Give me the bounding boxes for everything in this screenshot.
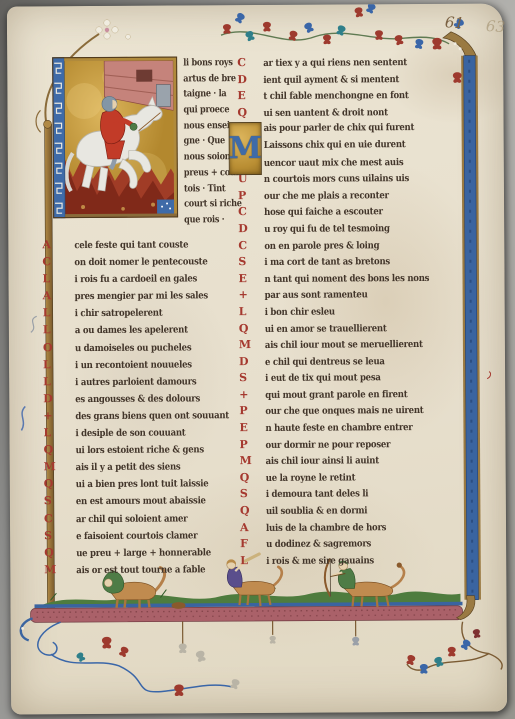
verse-line: + par aus sont ramenteu <box>231 286 463 304</box>
verse-text: pres mengier par mi les sales <box>75 288 208 306</box>
verse-line: Q ui lors estoient riche & gens <box>41 440 241 458</box>
line-initial: L <box>232 553 266 570</box>
verse-line: E n tant qui noment des bons les nons <box>230 269 462 287</box>
verse-line: L i autres parloient damours <box>41 372 241 390</box>
verse-text: e chil qui dentreus se leua <box>265 354 385 371</box>
verse-line: Q ui a bien pres lont tuit laissie <box>42 474 242 492</box>
verse-line: C on en parole pres & loing <box>230 236 462 254</box>
line-initial: A <box>40 236 66 253</box>
line-initial: S <box>42 493 68 510</box>
verse-line: A luis de la chambre de hors <box>232 518 464 536</box>
line-initial: F <box>232 536 266 553</box>
verse-text: ue preu + large + honnerable <box>76 544 211 562</box>
line-initial: + <box>231 387 265 404</box>
bottom-border-bar <box>21 586 476 641</box>
line-initial: D <box>229 72 263 89</box>
verse-line: ais pour parler de chix qui furent <box>230 120 462 138</box>
verse-line: M ais il y a petit des siens <box>42 457 242 475</box>
verse-text: on doit nomer le pentecouste <box>74 253 207 271</box>
verse-line: S i ma cort de tant as bretons <box>230 253 462 271</box>
right-text-column: C ar tiex y a qui riens nen sentent D ie… <box>229 54 464 570</box>
verse-line: D es angousses & des dolours <box>41 389 241 407</box>
line-initial: S <box>230 254 264 271</box>
verse-text: ui lors estoient riche & gens <box>76 441 204 459</box>
ivy-drops <box>179 620 360 653</box>
line-initial: L <box>231 304 265 321</box>
line-initial: S <box>42 527 68 544</box>
line-initial: L <box>41 305 67 322</box>
verse-text: u damoiseles ou pucheles <box>75 339 192 357</box>
verse-line: L i chir satropelerent <box>41 303 241 321</box>
verse-text: n tant qui noment des bons les nons <box>264 271 429 289</box>
verse-text: artus de bre <box>183 71 236 87</box>
verse-line: C hose qui faiche a escouter <box>230 203 462 221</box>
line-initial: Q <box>231 320 265 337</box>
verse-text: on en parole pres & loing <box>264 238 379 255</box>
line-initial: L <box>41 322 67 339</box>
line-initial: C <box>230 237 264 254</box>
line-initial: E <box>229 88 263 105</box>
verse-text: luis de la chambre de hors <box>266 520 386 537</box>
verse-line: U n courtois mors cuns uilains uis <box>230 170 462 188</box>
margin-flourishes <box>21 316 38 430</box>
verse-text: es angousses & des dolours <box>75 390 200 408</box>
line-initial: Q <box>229 105 263 122</box>
verse-text: uil soublia & en dormi <box>266 503 367 520</box>
line-initial: A <box>232 520 266 537</box>
line-initial: S <box>231 370 265 387</box>
verse-line: L i rois & me sire gauains <box>232 552 464 570</box>
verse-line: C ar chil qui soloient amer <box>42 509 242 527</box>
verse-text: ue la royne le retint <box>266 470 356 487</box>
bottom-right-vine <box>406 622 503 674</box>
verse-text: t chil fable menchongne en font <box>263 88 408 105</box>
verse-line: + des grans biens quen ont souuant <box>41 406 241 424</box>
mounted-knight-miniature <box>52 56 178 218</box>
verse-line: Q ue preu + large + honnerable <box>42 543 242 561</box>
verse-text: Laissons chix qui en uie durent <box>264 137 406 154</box>
line-initial: D <box>230 221 264 238</box>
verse-text: i eut de tix qui mout pesa <box>265 371 381 388</box>
verse-line: + qui mout grant parole en firent <box>231 386 463 404</box>
verse-line: P our che me plais a reconter <box>230 186 462 204</box>
verse-text: i rois & me sire gauains <box>266 553 374 570</box>
verse-text: i bon chir esleu <box>265 304 335 321</box>
bottom-left-vine <box>38 621 241 697</box>
verse-line: P our che que onques mais ne uirent <box>231 402 463 420</box>
verse-text: gne · Que <box>184 134 225 150</box>
line-initial: M <box>232 453 266 470</box>
verse-text: i autres parloient damours <box>75 373 196 391</box>
verse-line: Laissons chix qui en uie durent <box>230 137 462 155</box>
line-initial: A <box>41 287 67 304</box>
verse-text: nous soions <box>184 149 235 165</box>
verse-text: ais pour parler de chix qui furent <box>264 120 415 138</box>
line-initial: P <box>231 437 265 454</box>
verse-text: u dodinez & sagremors <box>266 537 371 554</box>
left-text-column: A cele feste qui tant couste C on doit n… <box>40 235 242 578</box>
verse-text: n haute feste en chambre entrer <box>265 420 412 437</box>
verse-text: taigne · la <box>183 87 226 103</box>
verse-line: Q ui sen uantent & droit nont <box>229 104 461 122</box>
line-initial: Q <box>232 470 266 487</box>
verse-line: S e faisoient courtois clamer <box>42 526 242 544</box>
verse-text: ient quil ayment & si mentent <box>263 72 399 89</box>
line-initial: Q <box>42 544 68 561</box>
verse-text: i desiple de son couuant <box>75 424 185 442</box>
verse-line: M ais or est tout tourne a fable <box>42 560 242 578</box>
line-initial: + <box>41 407 67 424</box>
verse-line: Q uencor uaut mix che mest auis <box>230 153 462 171</box>
line-initial: C <box>42 510 68 527</box>
verse-line: L i un recontoient nouueles <box>41 355 241 373</box>
illuminated-initial: M <box>229 122 262 175</box>
verse-line: P our dormir ne pour reposer <box>231 435 463 453</box>
verse-line: S i eut de tix qui mout pesa <box>231 369 463 387</box>
line-initial: L <box>40 270 66 287</box>
line-initial: D <box>231 354 265 371</box>
line-initial: Q <box>41 441 67 458</box>
verse-line: D ient quil ayment & si mentent <box>229 70 461 88</box>
line-initial: + <box>231 287 265 304</box>
verse-line: Q uil soublia & en dormi <box>232 502 464 520</box>
verse-text: des grans biens quen ont souuant <box>75 407 229 425</box>
line-initial: S <box>232 486 266 503</box>
verse-text: n courtois mors cuns uilains uis <box>264 171 409 188</box>
verse-text: que rois · <box>184 212 224 228</box>
verse-text: e faisoient courtois clamer <box>76 527 197 545</box>
illuminated-initial-letter: M <box>229 133 262 163</box>
verse-text: ui a bien pres lont tuit laissie <box>76 476 209 494</box>
verse-text: ais il y a petit des siens <box>76 459 181 477</box>
manuscript-page: 61 63 li bons roys artus de bre taigne ·… <box>7 3 507 714</box>
folio-number-faint: 63 <box>485 17 505 36</box>
folio-number: 61 <box>444 13 464 32</box>
top-border-vine <box>221 3 449 50</box>
verse-line: L a ou dames les apelerent <box>41 321 241 339</box>
line-initial: L <box>41 356 67 373</box>
verse-line: M ais chil iour ainsi li auint <box>232 452 464 470</box>
verse-line: C ar tiex y a qui riens nen sentent <box>229 54 461 72</box>
verse-line: L i bon chir esleu <box>231 303 463 321</box>
verse-text: i un recontoient nouueles <box>75 356 192 374</box>
verse-text: ar chil qui soloient amer <box>76 510 188 528</box>
verse-text: hose qui faiche a escouter <box>264 205 383 222</box>
verse-text: qui mout grant parole en firent <box>265 387 407 404</box>
verse-line: E n haute feste en chambre entrer <box>231 419 463 437</box>
line-initial: Q <box>42 475 68 492</box>
verse-text: our dormir ne pour reposer <box>265 437 390 454</box>
line-initial: E <box>231 420 265 437</box>
verse-line: L i desiple de son couuant <box>41 423 241 441</box>
verse-line: F u dodinez & sagremors <box>232 535 464 553</box>
verse-line: M ais chil iour mout se meruellierent <box>231 336 463 354</box>
verse-text: a ou dames les apelerent <box>75 322 188 340</box>
line-initial: M <box>42 561 68 578</box>
verse-text: en est amours mout abaissie <box>76 493 206 511</box>
verse-text: li bons roys <box>183 55 233 71</box>
line-initial: P <box>230 188 264 205</box>
line-initial: D <box>41 390 67 407</box>
verse-text: our che me plais a reconter <box>264 188 389 205</box>
verse-text: ar tiex y a qui riens nen sentent <box>263 55 407 72</box>
verse-line: Q ue la royne le retint <box>232 469 464 487</box>
line-initial: M <box>42 458 68 475</box>
verse-text: ais chil iour ainsi li auint <box>266 454 379 471</box>
verse-text: par aus sont ramenteu <box>265 288 368 305</box>
verse-text: tois · Tint <box>184 181 226 197</box>
line-initial: C <box>40 253 66 270</box>
verse-text: uencor uaut mix che mest auis <box>264 155 404 172</box>
verse-text: ais or est tout tourne a fable <box>76 561 205 579</box>
verse-text: nous ensei <box>184 118 230 134</box>
line-initial: C <box>229 55 263 72</box>
verse-text: i rois fu a cardoeil en gales <box>74 271 197 289</box>
line-initial: O <box>41 339 67 356</box>
line-initial: P <box>231 403 265 420</box>
verse-line: S i demoura tant deles li <box>232 485 464 503</box>
verse-text: i demoura tant deles li <box>266 487 369 504</box>
verse-line: C on doit nomer le pentecouste <box>40 252 240 270</box>
verse-line: E t chil fable menchongne en font <box>229 87 461 105</box>
verse-line: A pres mengier par mi les sales <box>41 286 241 304</box>
line-initial: L <box>41 424 67 441</box>
flower-finial <box>96 20 131 40</box>
verse-text: ais chil iour mout se meruellierent <box>265 337 423 355</box>
verse-text: our che que onques mais ne uirent <box>265 403 423 421</box>
line-initial: C <box>230 204 264 221</box>
line-initial: E <box>230 271 264 288</box>
verse-text: ui en amor se trauellierent <box>265 321 387 338</box>
verse-line: O u damoiseles ou pucheles <box>41 338 241 356</box>
verse-line: A cele feste qui tant couste <box>40 235 240 253</box>
verse-line: L i rois fu a cardoeil en gales <box>40 269 240 287</box>
verse-text: u roy qui fu de tel tesmoing <box>264 221 390 238</box>
verse-line: D u roy qui fu de tel tesmoing <box>230 220 462 238</box>
verse-line: D e chil qui dentreus se leua <box>231 352 463 370</box>
line-initial: Q <box>232 503 266 520</box>
verse-text: i chir satropelerent <box>75 305 163 323</box>
verse-line: Q ui en amor se trauellierent <box>231 319 463 337</box>
verse-text: qui proece <box>183 102 229 118</box>
verse-line: S en est amours mout abaissie <box>42 492 242 510</box>
verse-text: i ma cort de tant as bretons <box>264 254 390 271</box>
verse-text: cele feste qui tant couste <box>74 236 188 254</box>
line-initial: L <box>41 373 67 390</box>
line-initial: M <box>231 337 265 354</box>
